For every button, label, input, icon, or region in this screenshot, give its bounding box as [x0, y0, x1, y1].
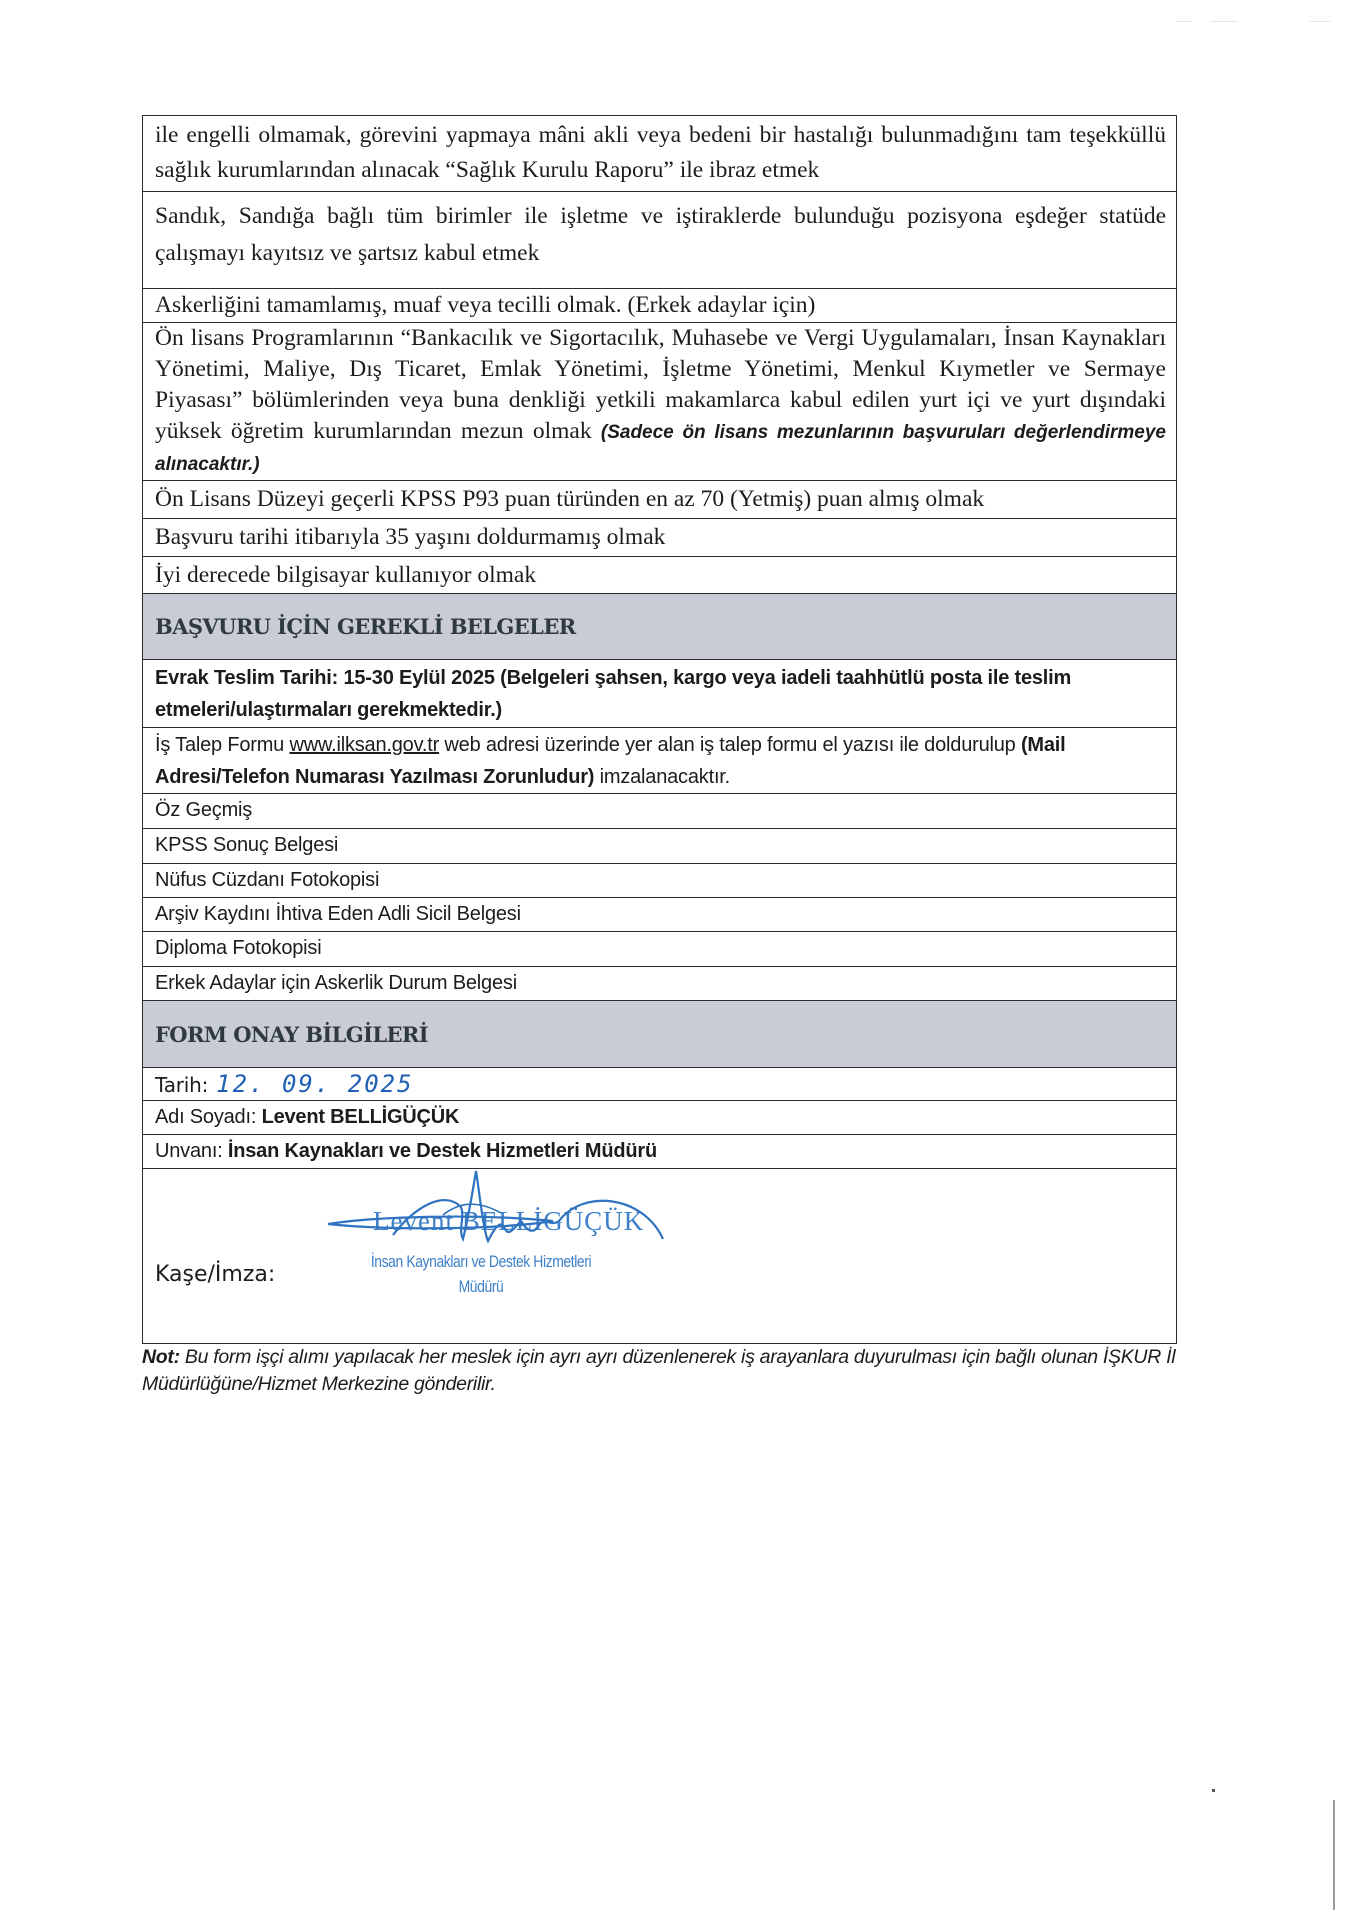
- deadline-text: Evrak Teslim Tarihi: 15-30 Eylül 2025 (B…: [155, 667, 1071, 721]
- date-label: Tarih:: [155, 1073, 208, 1097]
- job-form-prefix: İş Talep Formu: [155, 734, 289, 756]
- requirement-row: ile engelli olmamak, görevini yapmaya mâ…: [143, 116, 1176, 191]
- job-form-row: İş Talep Formu www.ilksan.gov.tr web adr…: [143, 727, 1176, 793]
- scan-edge-line: [1333, 1800, 1335, 1910]
- document-item: KPSS Sonuç Belgesi: [143, 828, 1176, 863]
- requirement-text: Ön Lisans Düzeyi geçerli KPSS P93 puan t…: [155, 486, 984, 512]
- name-value: Levent BELLİGÜÇÜK: [262, 1106, 460, 1128]
- requirement-row: Başvuru tarihi itibarıyla 35 yaşını dold…: [143, 518, 1176, 556]
- job-form-middle: web adresi üzerinde yer alan iş talep fo…: [439, 734, 1021, 756]
- requirement-text: Başvuru tarihi itibarıyla 35 yaşını dold…: [155, 524, 665, 550]
- document-label: Nüfus Cüzdanı Fotokopisi: [155, 869, 379, 891]
- document-label: Öz Geçmiş: [155, 799, 252, 821]
- requirement-text: Askerliğini tamamlamış, muaf veya tecill…: [155, 292, 815, 318]
- scan-artifact: [1176, 21, 1192, 22]
- requirement-row: Sandık, Sandığa bağlı tüm birimler ile i…: [143, 191, 1176, 288]
- name-label: Adı Soyadı:: [155, 1106, 256, 1128]
- signature-icon: [143, 1169, 843, 1345]
- scan-artifact: [1212, 1789, 1215, 1792]
- job-form-suffix: imzalanacaktır.: [594, 766, 730, 788]
- requirement-text: ile engelli olmamak, görevini yapmaya mâ…: [155, 122, 1166, 183]
- section-title: FORM ONAY BİLGİLERİ: [155, 1022, 428, 1047]
- document-label: Diploma Fotokopisi: [155, 937, 321, 959]
- title-label: Unvanı:: [155, 1140, 223, 1162]
- requirement-row: İyi derecede bilgisayar kullanıyor olmak: [143, 556, 1176, 593]
- document-label: KPSS Sonuç Belgesi: [155, 834, 338, 856]
- section-title: BAŞVURU İÇİN GEREKLİ BELGELER: [155, 614, 576, 639]
- approval-title-row: Unvanı: İnsan Kaynakları ve Destek Hizme…: [143, 1134, 1176, 1168]
- section-header-documents: BAŞVURU İÇİN GEREKLİ BELGELER: [143, 593, 1176, 659]
- document-item: Erkek Adaylar için Askerlik Durum Belges…: [143, 966, 1176, 1000]
- requirement-row: Askerliğini tamamlamış, muaf veya tecill…: [143, 288, 1176, 322]
- title-value: İnsan Kaynakları ve Destek Hizmetleri Mü…: [228, 1140, 657, 1162]
- stamp-signature-row: Kaşe/İmza: Levent BELLİGÜÇÜK İnsan Kayna…: [143, 1168, 1176, 1345]
- requirement-text: İyi derecede bilgisayar kullanıyor olmak: [155, 562, 536, 588]
- document-label: Arşiv Kaydını İhtiva Eden Adli Sicil Bel…: [155, 903, 521, 925]
- note-label: Not:: [142, 1346, 180, 1368]
- document-label: Erkek Adaylar için Askerlik Durum Belges…: [155, 972, 517, 994]
- approval-name-row: Adı Soyadı: Levent BELLİGÜÇÜK: [143, 1100, 1176, 1134]
- requirement-row: Ön Lisans Düzeyi geçerli KPSS P93 puan t…: [143, 480, 1176, 518]
- note-text: Bu form işçi alımı yapılacak her meslek …: [142, 1346, 1175, 1395]
- handwritten-date: 12. 09. 2025: [216, 1070, 413, 1098]
- scan-artifact: [1210, 21, 1238, 22]
- requirement-text: Sandık, Sandığa bağlı tüm birimler ile i…: [155, 203, 1166, 266]
- requirement-row: Ön lisans Programlarının “Bankacılık ve …: [143, 322, 1176, 480]
- document-item: Arşiv Kaydını İhtiva Eden Adli Sicil Bel…: [143, 897, 1176, 931]
- deadline-row: Evrak Teslim Tarihi: 15-30 Eylül 2025 (B…: [143, 659, 1176, 727]
- requirements-table: ile engelli olmamak, görevini yapmaya mâ…: [142, 115, 1177, 1344]
- document-item: Diploma Fotokopisi: [143, 931, 1176, 966]
- footer-note: Not: Bu form işçi alımı yapılacak her me…: [142, 1344, 1182, 1398]
- document-item: Nüfus Cüzdanı Fotokopisi: [143, 863, 1176, 897]
- website-link[interactable]: www.ilksan.gov.tr: [289, 734, 439, 756]
- section-header-approval: FORM ONAY BİLGİLERİ: [143, 1000, 1176, 1067]
- document-item: Öz Geçmiş: [143, 793, 1176, 828]
- scan-artifact: [1310, 21, 1330, 22]
- approval-date-row: Tarih:12. 09. 2025: [143, 1067, 1176, 1100]
